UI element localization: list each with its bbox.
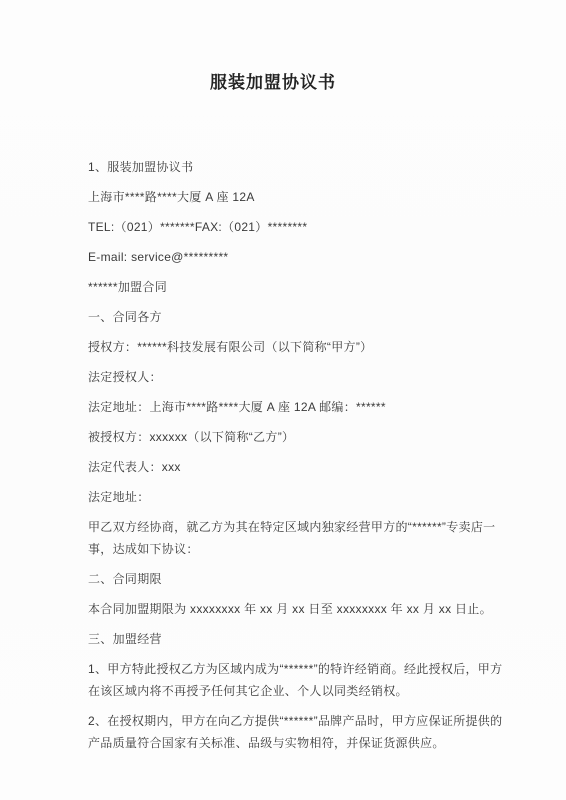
franchise-clause-2: 2、在授权期内，甲方在向乙方提供“******”品牌产品时，甲方应保证所提供的产…: [88, 710, 512, 754]
document-title: 服装加盟协议书: [0, 70, 546, 96]
company-address-line: 上海市****路****大厦 A 座 12A: [88, 186, 512, 208]
agreement-intro-paragraph: 甲乙双方经协商，就乙方为其在特定区域内独家经营甲方的“******”专卖店一事，…: [88, 516, 512, 560]
section-2-heading: 二、合同期限: [88, 568, 512, 590]
section-3-heading: 三、加盟经营: [88, 628, 512, 650]
contract-name-line: ******加盟合同: [88, 276, 512, 298]
licensor-address-line: 法定地址：上海市****路****大厦 A 座 12A 邮编：******: [88, 396, 512, 418]
section-1-heading: 一、合同各方: [88, 306, 512, 328]
document-body: 1、服装加盟协议书 上海市****路****大厦 A 座 12A TEL:（02…: [88, 156, 512, 754]
franchise-clause-1: 1、甲方特此授权乙方为区域内成为“******”的特许经销商。经此授权后，甲方在…: [88, 658, 512, 702]
licensee-address-line: 法定地址：: [88, 486, 512, 508]
document-page: 服装加盟协议书 1、服装加盟协议书 上海市****路****大厦 A 座 12A…: [0, 0, 566, 800]
licensee-line: 被授权方：xxxxxx（以下简称“乙方”）: [88, 426, 512, 448]
legal-authorizer-line: 法定授权人：: [88, 366, 512, 388]
tel-fax-line: TEL:（021）*******FAX:（021）********: [88, 216, 512, 238]
email-line: E-mail: service@*********: [88, 246, 512, 268]
doc-heading-number-1: 1、服装加盟协议书: [88, 156, 512, 178]
contract-term-paragraph: 本合同加盟期限为 xxxxxxxx 年 xx 月 xx 日至 xxxxxxxx …: [88, 598, 512, 620]
licensor-line: 授权方：******科技发展有限公司（以下简称“甲方”）: [88, 336, 512, 358]
legal-representative-line: 法定代表人：xxx: [88, 456, 512, 478]
